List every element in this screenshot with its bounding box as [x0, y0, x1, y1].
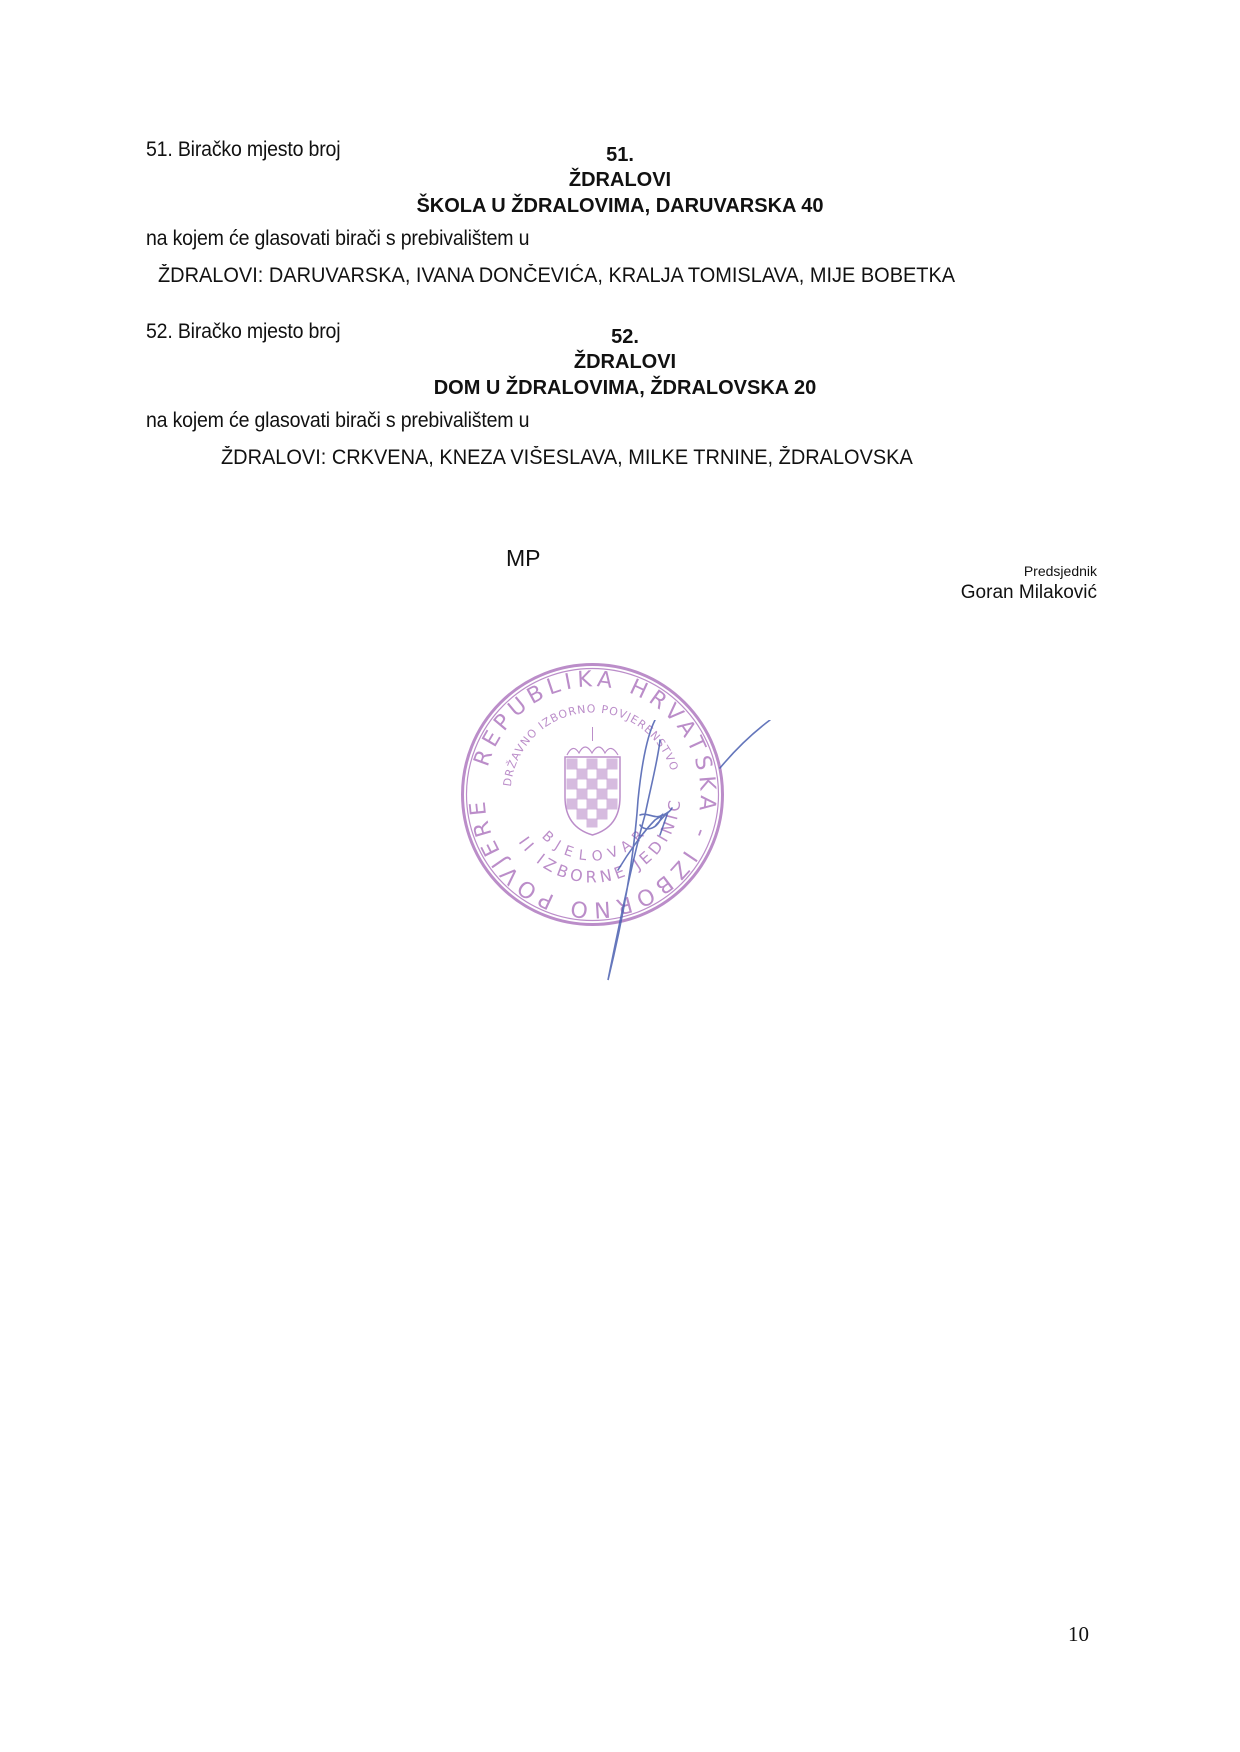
station-52-intro: 52. Biračko mjesto broj — [146, 320, 340, 344]
seal-mark-mp: MP — [506, 545, 541, 572]
stamp-city-text: BJELOVAR — [539, 822, 652, 865]
stamp-outer-text: REPUBLIKA HRVATSKA - IZBORNO POVJERENSTV… — [455, 657, 720, 922]
station-51-streets: ŽDRALOVI: DARUVARSKA, IVANA DONČEVIĆA, K… — [158, 264, 955, 288]
document-page: 51. Biračko mjesto broj 51. ŽDRALOVI ŠKO… — [0, 0, 1240, 1752]
svg-text:REPUBLIKA HRVATSKA - IZBORNO P: REPUBLIKA HRVATSKA - IZBORNO POVJERENSTV… — [455, 657, 720, 922]
stamp-inner-top-text: DRŽAVNO IZBORNO POVJERENSTVO — [501, 702, 681, 787]
station-52-streets: ŽDRALOVI: CRKVENA, KNEZA VIŠESLAVA, MILK… — [221, 446, 913, 470]
coat-of-arms-icon — [565, 727, 620, 835]
station-51-voters-text: na kojem će glasovati birači s prebivali… — [146, 227, 529, 251]
signatory-title: Predsjednik — [1024, 563, 1097, 579]
station-51-location: ŠKOLA U ŽDRALOVIMA, DARUVARSKA 40 — [300, 195, 940, 218]
station-52-place: ŽDRALOVI — [315, 351, 935, 374]
official-stamp-icon: REPUBLIKA HRVATSKA - IZBORNO POVJERENSTV… — [455, 657, 730, 932]
handwritten-signature-icon — [600, 720, 840, 1000]
stamp-inner-bottom-text: II IZBORNE JEDINICE — [455, 657, 685, 887]
svg-text:DRŽAVNO IZBORNO POVJERENSTVO: DRŽAVNO IZBORNO POVJERENSTVO — [501, 702, 681, 787]
signatory-name: Goran Milaković — [961, 582, 1097, 604]
station-51-place: ŽDRALOVI — [300, 169, 940, 192]
station-52-number: 52. — [315, 326, 935, 349]
svg-text:II IZBORNE JEDINICE: II IZBORNE JEDINICE — [455, 657, 685, 887]
svg-text:BJELOVAR: BJELOVAR — [539, 822, 652, 865]
page-number: 10 — [1068, 1622, 1089, 1647]
station-51-number: 51. — [300, 144, 940, 167]
station-52-voters-text: na kojem će glasovati birači s prebivali… — [146, 409, 529, 433]
station-52-location: DOM U ŽDRALOVIMA, ŽDRALOVSKA 20 — [315, 377, 935, 400]
